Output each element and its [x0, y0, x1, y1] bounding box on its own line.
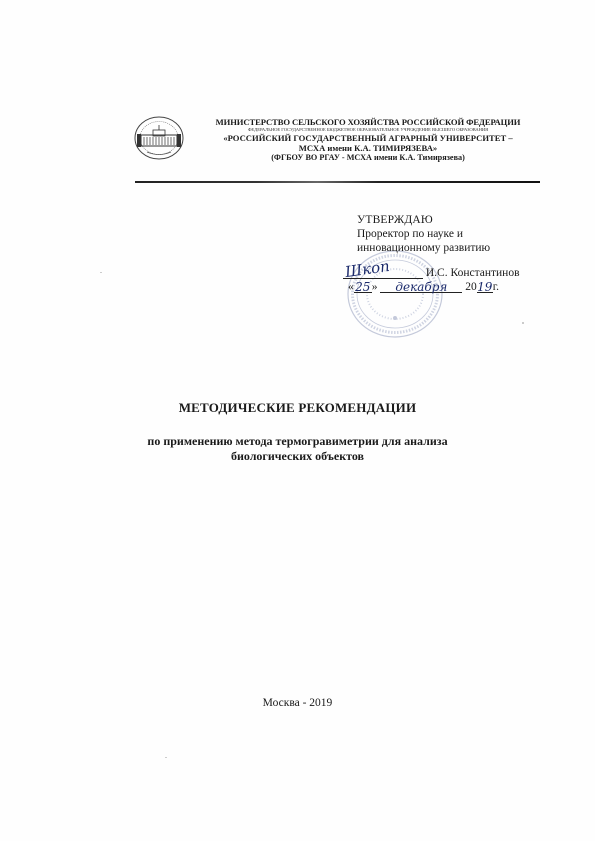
university-short-name: (ФГБОУ ВО РГАУ - МСХА имени К.А. Тимиряз…	[178, 154, 558, 163]
university-name-line2: МСХА имени К.А. ТИМИРЯЗЕВА»	[178, 144, 558, 153]
approver-position-line2: инновационному развитию	[357, 241, 490, 255]
document-subtitle-line2: биологических объектов	[0, 449, 595, 464]
date-year-prefix: 20	[465, 281, 477, 293]
approver-position-line1: Проректор по науке и	[357, 227, 490, 241]
date-year-suffix: 19	[477, 280, 492, 294]
date-month: декабря	[395, 280, 447, 294]
header-divider	[135, 181, 540, 183]
institution-header: МИНИСТЕРСТВО СЕЛЬСКОГО ХОЗЯЙСТВА РОССИЙС…	[178, 118, 558, 162]
approval-title: УТВЕРЖДАЮ	[357, 213, 490, 227]
handwritten-signature: Шкоп	[344, 257, 391, 281]
document-page: МИНИСТЕРСТВО СЕЛЬСКОГО ХОЗЯЙСТВА РОССИЙС…	[0, 0, 595, 841]
scan-speck	[522, 322, 524, 324]
scan-speck	[165, 757, 167, 758]
date-day-field: 25	[354, 280, 372, 293]
approval-block: УТВЕРЖДАЮ Проректор по науке и инновацио…	[357, 213, 490, 255]
date-quote-close: »	[372, 281, 378, 293]
signature-line: Шкоп И.С. Константинов	[343, 266, 520, 279]
document-subtitle-line1: по применению метода термогравиметрии дл…	[0, 434, 595, 449]
date-year-field: 19	[477, 280, 493, 293]
signature-field: Шкоп	[343, 266, 423, 279]
scan-speck	[100, 272, 102, 273]
date-day: 25	[355, 280, 370, 294]
university-name: «РОССИЙСКИЙ ГОСУДАРСТВЕННЫЙ АГРАРНЫЙ УНИ…	[178, 134, 558, 143]
document-title: МЕТОДИЧЕСКИЕ РЕКОМЕНДАЦИИ	[0, 400, 595, 416]
city-year: Москва - 2019	[0, 697, 595, 709]
document-subtitle: по применению метода термогравиметрии дл…	[0, 434, 595, 464]
date-year-unit: г.	[493, 281, 499, 293]
ministry-name: МИНИСТЕРСТВО СЕЛЬСКОГО ХОЗЯЙСТВА РОССИЙС…	[178, 118, 558, 127]
date-month-field: декабря	[380, 280, 462, 293]
approval-date: «25» декабря 2019г.	[348, 280, 499, 293]
signatory-name: И.С. Константинов	[426, 267, 520, 279]
